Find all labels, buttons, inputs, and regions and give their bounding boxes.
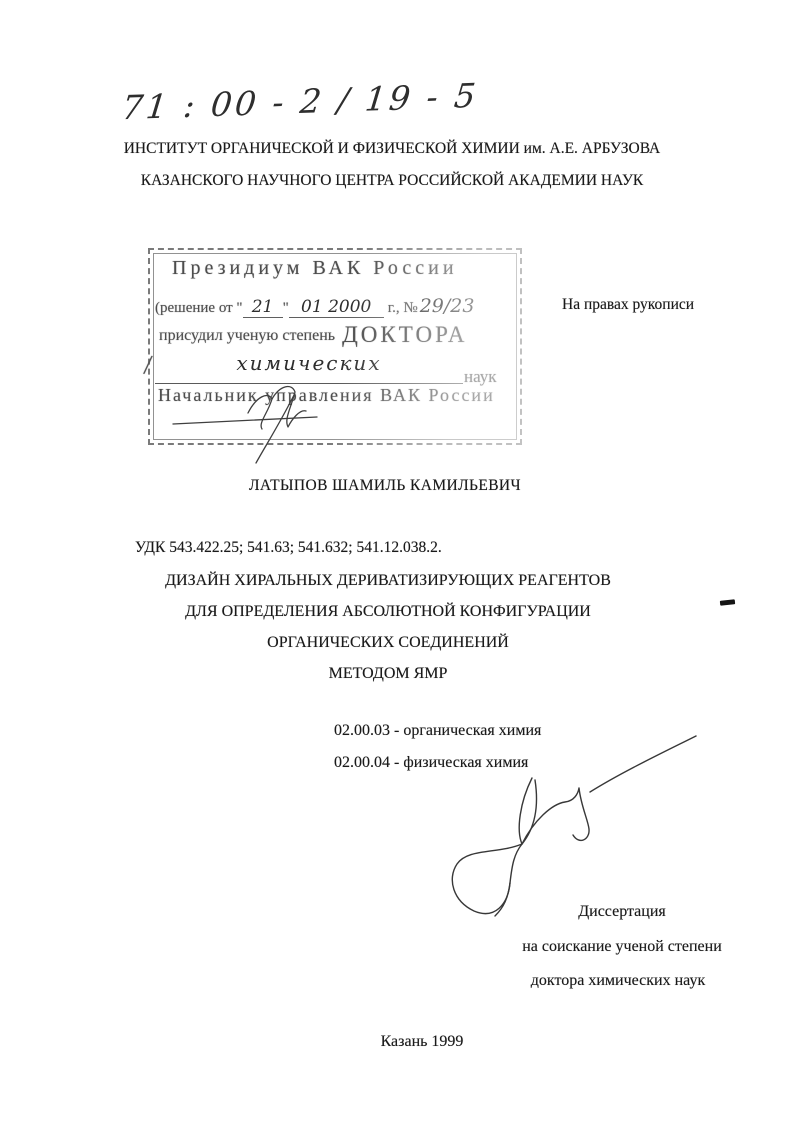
institution-line-2: КАЗАНСКОГО НАУЧНОГО ЦЕНТРА РОССИЙСКОЙ АК… [141,172,644,190]
dissertation-note-line-2: на соискание ученой степени [522,938,722,956]
stamp-decision-number-handwritten: 29/23 [420,295,475,317]
dissertation-title-page: 71 : 00 - 2 / 19 - 5 ИНСТИТУТ ОРГАНИЧЕСК… [0,0,793,1122]
stamp-decision-day-handwritten: 21 [243,297,283,318]
stamp-signature-scribble [170,383,340,478]
stamp-award-text: присудил ученую степень [159,327,335,344]
title-line-4: МЕТОДОМ ЯМР [329,665,448,683]
stray-slash-mark: / [142,350,153,383]
stamp-field-printed: наук [464,367,497,387]
handwritten-call-number: 71 : 00 - 2 / 19 - 5 [120,76,480,128]
stamp-decision-prefix: (решение от " [155,300,243,316]
stamp-field-handwritten: химических [236,351,381,375]
margin-mark [720,599,735,606]
stamp-degree-word: ДОКТОРА [342,322,467,347]
stamp-decision-middle: г., № [388,300,418,316]
city-year: Казань 1999 [381,1033,464,1051]
stamp-award-line: присудил ученую степеньДОКТОРА [159,322,468,348]
author-name: ЛАТЫПОВ ШАМИЛЬ КАМИЛЬЕВИЧ [249,477,521,495]
stamp-decision-date-handwritten: 01 2000 [289,297,384,318]
title-line-2: ДЛЯ ОПРЕДЕЛЕНИЯ АБСОЛЮТНОЙ КОНФИГУРАЦИИ [185,603,591,621]
dissertation-note-line-3: доктора химических наук [531,972,705,990]
institution-line-1: ИНСТИТУТ ОРГАНИЧЕСКОЙ И ФИЗИЧЕСКОЙ ХИМИИ… [124,140,661,158]
stamp-field-underline: химических [155,351,463,384]
udk-line: УДК 543.422.25; 541.63; 541.632; 541.12.… [135,539,442,557]
dissertation-note-line-1: Диссертация [578,903,666,921]
stamp-decision-line: (решение от "21"01 2000г., №29/23 [155,295,474,318]
manuscript-note: На правах рукописи [562,296,694,314]
author-signature-scribble [438,726,704,926]
stamp-header: Президиум ВАК России [172,257,458,280]
title-line-1: ДИЗАЙН ХИРАЛЬНЫХ ДЕРИВАТИЗИРУЮЩИХ РЕАГЕН… [165,572,611,590]
title-line-3: ОРГАНИЧЕСКИХ СОЕДИНЕНИЙ [267,634,509,652]
